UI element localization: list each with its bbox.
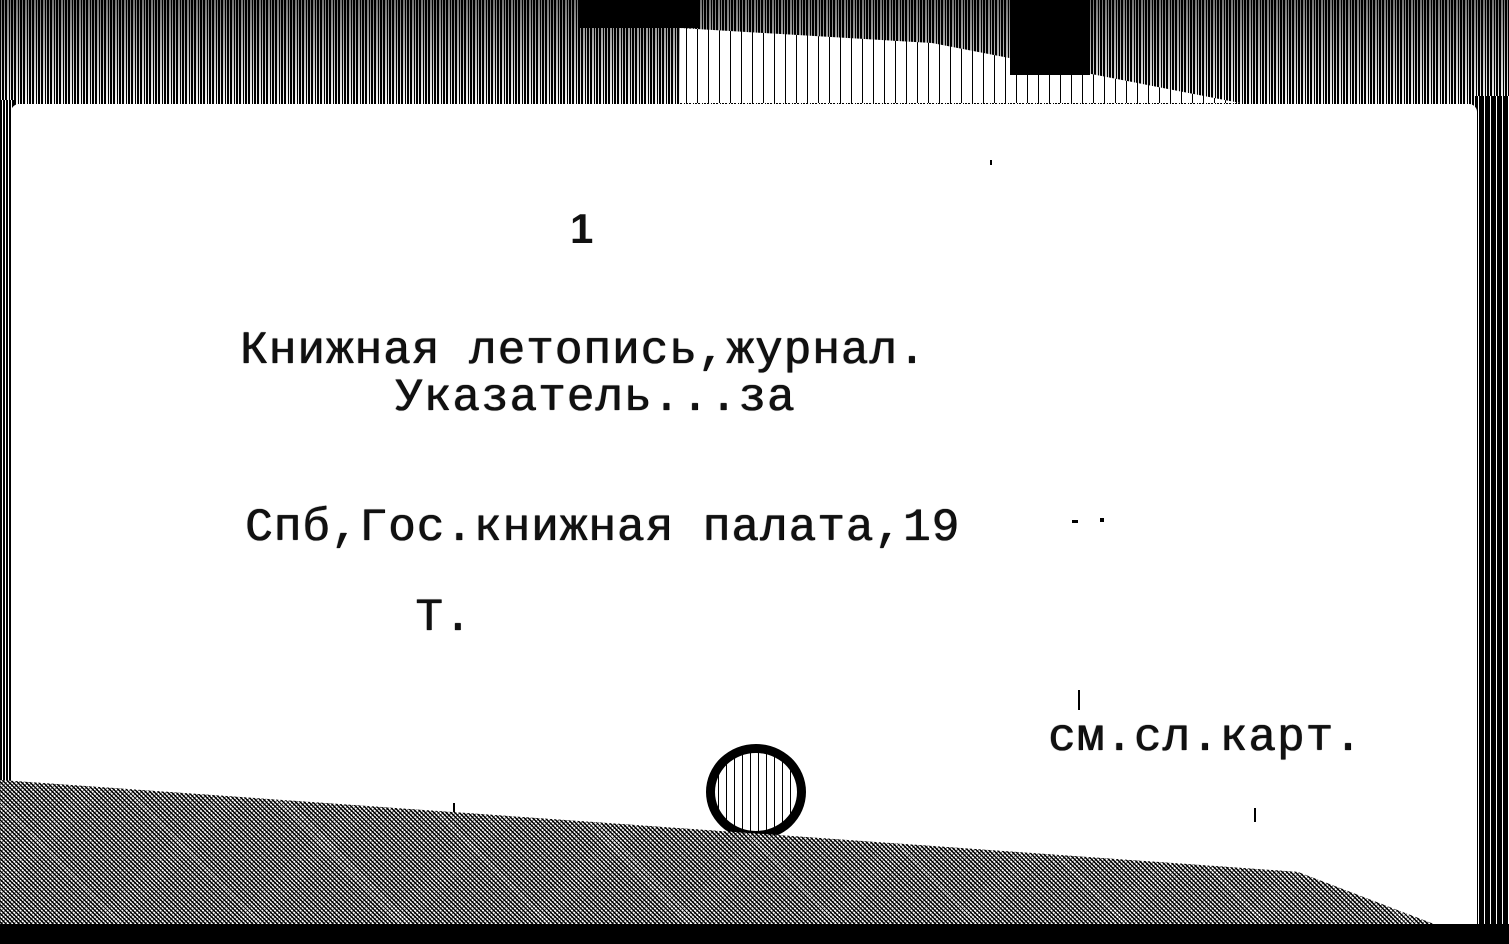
scan-speck <box>1078 690 1080 710</box>
background-dark-band <box>1010 0 1090 75</box>
card-imprint: Спб,Гос.книжная палата,19 <box>245 502 960 554</box>
scan-speck <box>1072 520 1078 523</box>
card-volumes: Т. <box>358 592 472 644</box>
card-see-next-note: см.сл.карт. <box>1048 712 1363 764</box>
scan-speck <box>1100 518 1104 522</box>
card-number: 1 <box>570 205 594 253</box>
scanner-bottom-edge <box>0 924 1509 944</box>
scanned-catalog-card-scene: 1 Книжная летопись,журнал. Указатель...з… <box>0 0 1509 944</box>
scan-speck <box>1254 808 1256 822</box>
scan-speck <box>990 160 992 165</box>
punch-hole-icon <box>706 744 806 840</box>
card-title-line-1: Книжная летопись,журнал. <box>240 325 927 377</box>
card-right-edge-shadow <box>1475 96 1509 926</box>
background-dark-band <box>580 0 700 28</box>
card-title-line-2: Указатель...за <box>395 372 795 424</box>
